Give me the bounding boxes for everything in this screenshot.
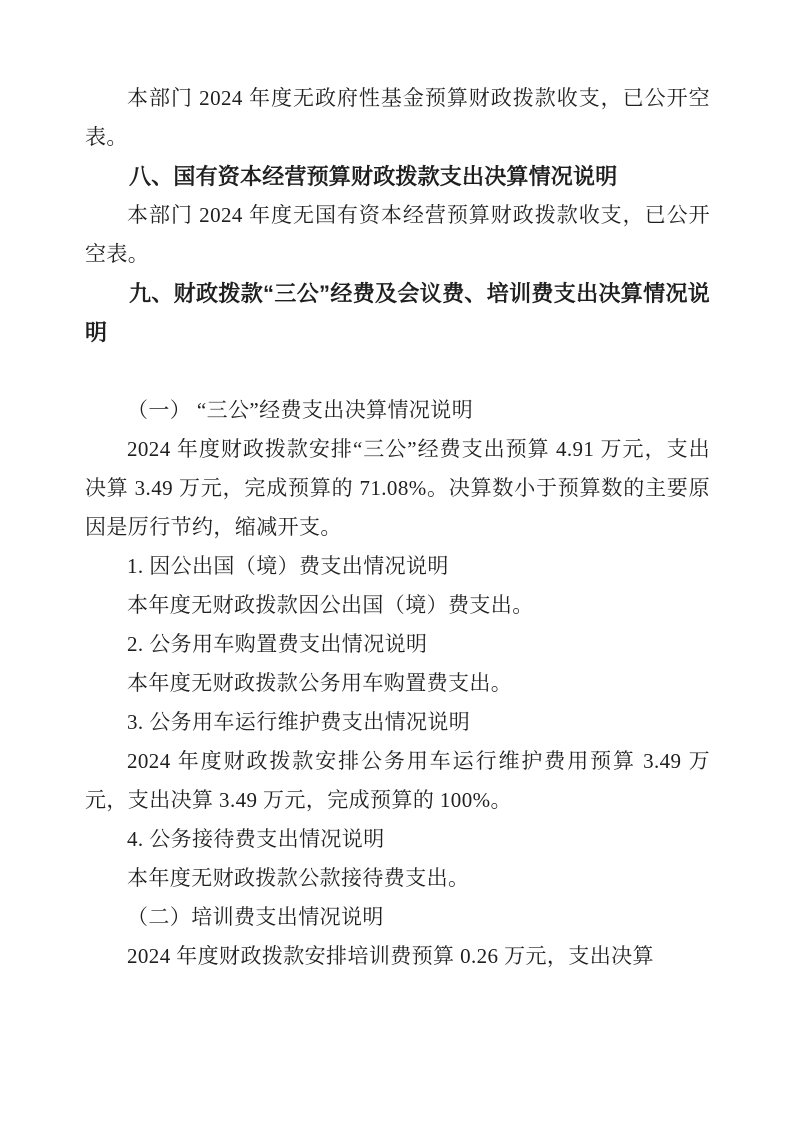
body-paragraph: 本部门 2024 年度无国有资本经营预算财政拨款收支，已公开空表。 [85,196,710,274]
section-heading: 九、财政拨款“三公”经费及会议费、培训费支出决算情况说明 [85,274,710,352]
sub-section-heading: 2. 公务用车购置费支出情况说明 [85,625,710,664]
blank-line [85,352,710,391]
sub-section-heading: 3. 公务用车运行维护费支出情况说明 [85,703,710,742]
body-paragraph: 本年度无财政拨款公务用车购置费支出。 [85,664,710,703]
sub-section-heading: 1. 因公出国（境）费支出情况说明 [85,547,710,586]
body-paragraph: 2024 年度财政拨款安排公务用车运行维护费用预算 3.49 万元，支出决算 3… [85,742,710,820]
body-paragraph: 本年度无财政拨款因公出国（境）费支出。 [85,586,710,625]
document-page: 本部门 2024 年度无政府性基金预算财政拨款收支，已公开空表。八、国有资本经营… [0,0,793,1122]
sub-section-heading: 4. 公务接待费支出情况说明 [85,820,710,859]
body-paragraph: 本部门 2024 年度无政府性基金预算财政拨款收支，已公开空表。 [85,79,710,157]
sub-section-heading: （一） “三公”经费支出决算情况说明 [85,391,710,430]
body-paragraph: 2024 年度财政拨款安排“三公”经费支出预算 4.91 万元，支出决算 3.4… [85,430,710,547]
body-paragraph: 本年度无财政拨款公款接待费支出。 [85,859,710,898]
sub-section-heading: （二）培训费支出情况说明 [85,898,710,937]
document-body: 本部门 2024 年度无政府性基金预算财政拨款收支，已公开空表。八、国有资本经营… [85,79,710,976]
section-heading: 八、国有资本经营预算财政拨款支出决算情况说明 [85,157,710,196]
body-paragraph: 2024 年度财政拨款安排培训费预算 0.26 万元，支出决算 [85,937,710,976]
